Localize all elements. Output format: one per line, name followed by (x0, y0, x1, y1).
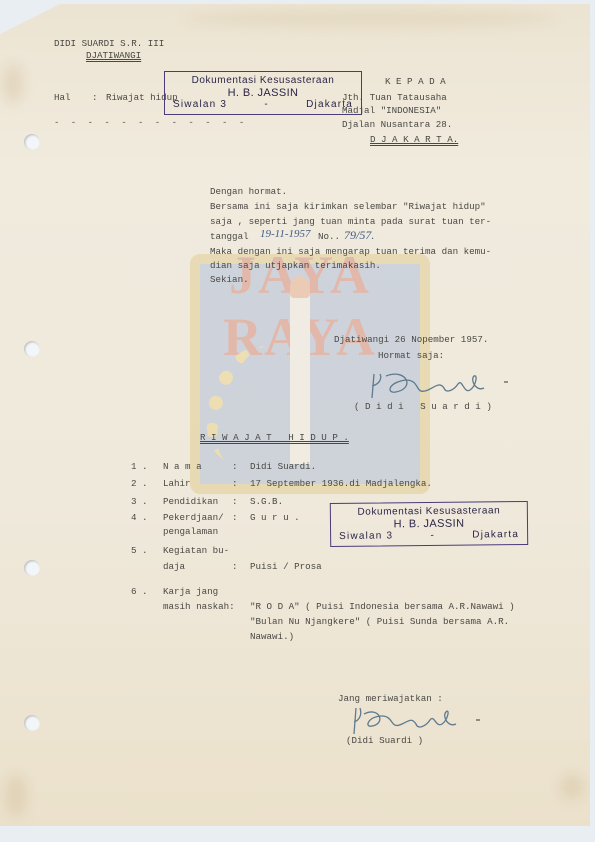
stain (2, 64, 24, 104)
handwritten-date: 19-11-1957 (260, 228, 311, 240)
recipient-line-3: Djalan Nusantara 28. (342, 119, 452, 130)
cv-item-sep: : (232, 561, 238, 572)
cv-item-value-3: Nawawi.) (250, 631, 294, 642)
cv-item-label-2: masih naskah: (163, 601, 235, 612)
stamp-line-3: Siwalan 3 - Djakarta (331, 529, 527, 543)
cv-item-num: 1 . (131, 461, 148, 472)
stamp-line-3: Siwalan 3 - Djakarta (165, 99, 361, 111)
rice-stalk-icon (192, 335, 303, 473)
signer-name-1: ( D i d i S u a r d i ) (354, 401, 492, 412)
regards: Hormat saja: (378, 350, 444, 361)
stamp-line-1: Dokumentasi Kesusasteraan (331, 505, 527, 519)
cv-item-label-2: daja (163, 561, 185, 572)
stamp-line-1: Dokumentasi Kesusasteraan (165, 75, 361, 87)
cv-item-label: Kegiatan bu- (163, 545, 229, 556)
cv-item-num: 4 . (131, 512, 148, 523)
letter-p2-line-1: Maka dengan ini saja mengarap tuan terim… (210, 246, 491, 257)
cv-item-label-2: pengalaman (163, 526, 218, 537)
letter-p1-line-1: Bersama ini saja kirimkan selembar "Riwa… (210, 201, 486, 212)
cv-item-num: 6 . (131, 586, 148, 597)
place-date: Djatiwangi 26 Nopember 1957. (334, 334, 488, 345)
cv-item-label: Karja jang (163, 586, 218, 597)
stain (560, 774, 584, 800)
cv-item-num: 3 . (131, 496, 148, 507)
cv-item-value: G u r u . (250, 512, 300, 523)
recipient-line-1: Jth. Tuan Tatausaha (342, 92, 447, 103)
letter-p1-line-3-prefix: tanggal (210, 231, 249, 242)
recipient-line-2: Madjal "INDONESIA" (342, 105, 441, 116)
cv-item-label: Pendidikan (163, 496, 218, 507)
sender-name: DIDI SUARDI S.R. III (54, 38, 164, 49)
archive-stamp-middle: Dokumentasi Kesusasteraan H. B. JASSIN S… (330, 501, 528, 547)
punch-hole (24, 560, 40, 576)
letter-greeting: Dengan hormat. (210, 186, 287, 197)
subject-separator: : (92, 92, 98, 103)
divider-dashes: - - - - - - - - - - - - (54, 118, 247, 128)
cv-item-label: N a m a (163, 461, 202, 472)
cv-item-sep: : (232, 461, 238, 472)
subject-label: Hal (54, 92, 71, 103)
archive-stamp-top: Dokumentasi Kesusasteraan H. B. JASSIN S… (164, 71, 362, 115)
cv-item-value-2: "Bulan Nu Njangkere" ( Puisi Sunda bersa… (250, 616, 509, 627)
flame-icon (290, 276, 310, 298)
signature-1-icon (366, 368, 516, 404)
cv-item-num: 2 . (131, 478, 148, 489)
cv-item-sep: : (232, 496, 238, 507)
attestation-label: Jang meriwajatkan : (338, 693, 443, 704)
signature-2-icon (350, 704, 490, 738)
cv-title: R I W A J A T H I D U P . (200, 432, 349, 443)
signer-name-2: (Didi Suardi ) (346, 735, 423, 746)
recipient-heading: K E P A D A (385, 76, 446, 87)
cv-item-sep: : (232, 478, 238, 489)
punch-hole (24, 715, 40, 731)
cv-item-value: Puisi / Prosa (250, 561, 322, 572)
stain (180, 10, 560, 28)
stamp-address: Siwalan 3 (173, 99, 227, 111)
cv-item-num: 5 . (131, 545, 148, 556)
stain (5, 774, 27, 818)
letter-closing: Sekian. (210, 274, 249, 285)
stamp-dash: - (264, 99, 269, 111)
punch-hole (24, 134, 40, 150)
sender-location: DJATIWANGI (86, 50, 141, 61)
cv-item-value: Didi Suardi. (250, 461, 316, 472)
letter-p1-line-2: saja , seperti jang tuan minta pada sura… (210, 216, 491, 227)
recipient-city: D J A K A R T A. (370, 134, 458, 145)
handwritten-number: 79/57. (344, 228, 374, 243)
cv-item-value: "R O D A" ( Puisi Indonesia bersama A.R.… (250, 601, 515, 612)
cv-item-value: S.G.B. (250, 496, 283, 507)
cv-item-sep: : (232, 512, 238, 523)
stamp-line-2: H. B. JASSIN (165, 87, 361, 99)
stamp-address: Siwalan 3 (339, 530, 393, 543)
cv-item-label: Lahir (163, 478, 191, 489)
letter-no-label: No.. (318, 231, 340, 242)
punch-hole (24, 341, 40, 357)
letter-p2-line-2: dian saja utjapkan terimakasih. (210, 260, 381, 271)
cv-item-value: 17 September 1936.di Madjalengka. (250, 478, 432, 489)
stamp-dash: - (430, 530, 435, 542)
stamp-city: Djakarta (472, 529, 519, 541)
cv-item-label: Pekerdjaan/ (163, 512, 224, 523)
